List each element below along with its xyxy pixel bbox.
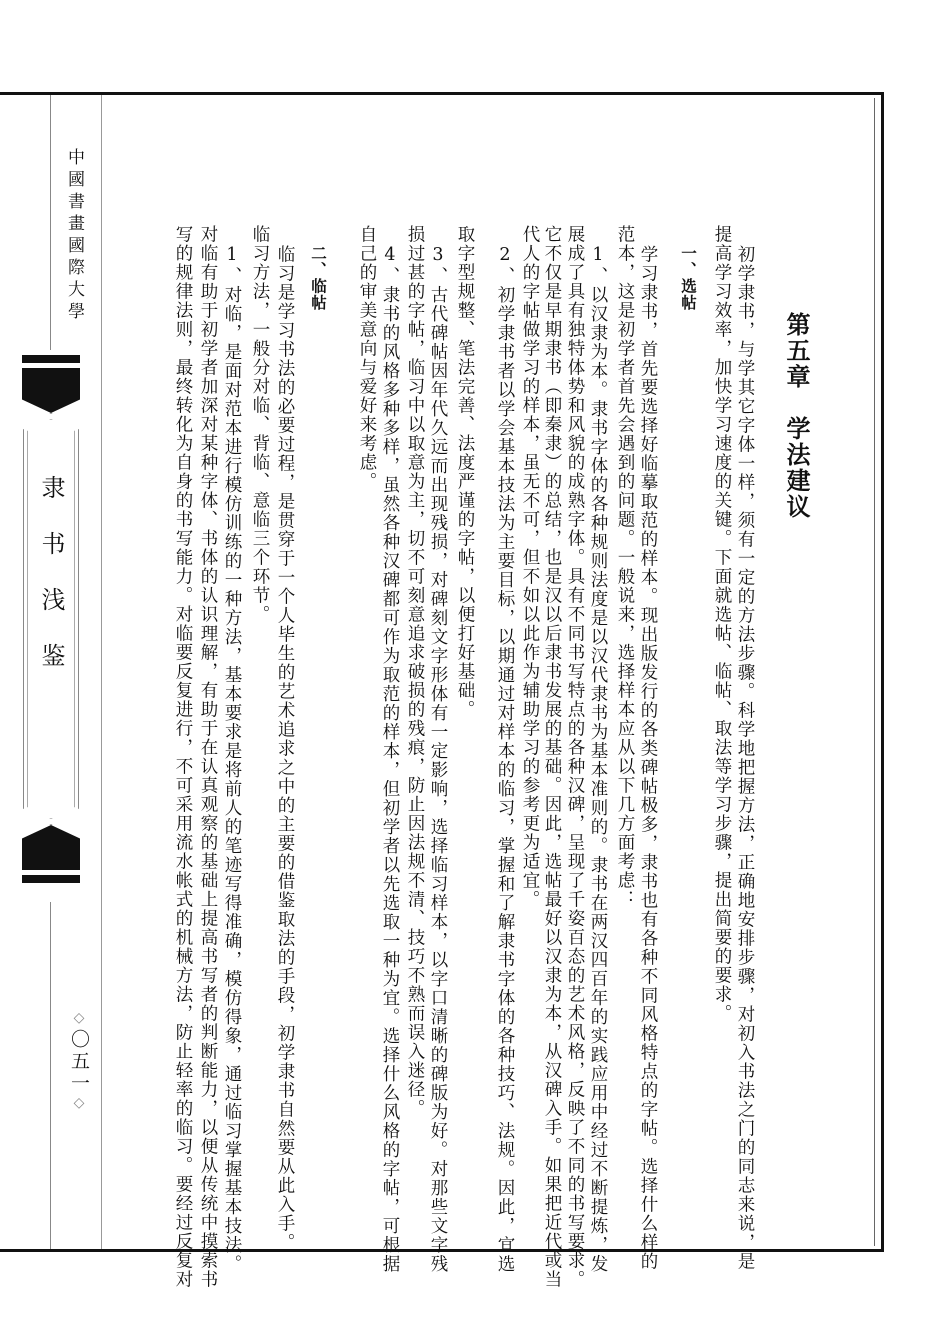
spine-chevron-top xyxy=(22,368,80,413)
margin-rule-left xyxy=(50,95,51,350)
text-column: 范本，这是初学者首先会遇到的问题。一般说来，选择样本应从以下几方面考虑： xyxy=(615,225,635,909)
text-column: 3、古代碑帖因年代久远而出现残损，对碑刻文字形体有一定影响，选择临习样本，以字口… xyxy=(428,245,448,1274)
text-column: 代人的字帖做学习的样本，虽无不可，但不如以此作为辅助学习的参考更为适宜。 xyxy=(520,225,540,909)
text-column: 1、以汉隶为本。隶书字体的各种规则法度是以汉代隶书为基本准则的。隶书在两汉四百年… xyxy=(588,245,608,1274)
spine-bar-bottom xyxy=(22,875,80,883)
text-column: 临习是学习书法的必要过程，是贯穿于一个人毕生的艺术追求之中的主要的借鉴取法的手段… xyxy=(275,245,295,1252)
section-heading: 一、选帖 xyxy=(678,245,698,311)
chapter-title: 第五章 学法建议 xyxy=(786,312,806,520)
page-frame-inner-right xyxy=(874,98,875,1246)
school-name: 中國書畫國際大學 xyxy=(62,148,87,324)
text-column: 临习方法，一般分对临、背临、意临三个环节。 xyxy=(250,225,270,624)
text-column: 损过甚的字帖，临习中以取意为主，切不可刻意追求破损的残痕，防止因法规不清、技巧不… xyxy=(405,225,425,1118)
book-title: 隶书浅鉴 xyxy=(22,475,80,699)
text-column: 取字型规整、笔法完善、法度严谨的字帖，以便打好基础。 xyxy=(455,225,475,719)
text-column: 4、隶书的风格多种多样，虽然各种汉碑都可作为取范的样本，但初学者以先选取一种为宜… xyxy=(380,245,400,1274)
ornament-diamond-icon: ◇ xyxy=(71,1095,87,1114)
text-column: 2、初学隶书者以学会基本技法为主要目标，以期通过对样本的临习，掌握和了解隶书字体… xyxy=(495,245,515,1274)
page-frame-right xyxy=(881,92,884,1252)
text-column: 展成了具有独特体势和风貌的成熟字体。具有不同书写特点的各种汉碑，呈现了千姿百态的… xyxy=(565,225,585,1289)
text-column: 提高学习效率，加快学习速度的关键。下面就选帖、临帖、取法等学习步骤，提出简要的要… xyxy=(712,225,732,1023)
section-heading: 二、临帖 xyxy=(308,245,328,311)
text-column: 学习隶书，首先要选择好临摹取范的样本。现出版发行的各类碑帖极多，隶书也有各种不同… xyxy=(638,245,658,1271)
spine-bar-top xyxy=(22,355,80,363)
page-number: ◇〇五一◇ xyxy=(66,1010,93,1114)
text-column: 自己的审美意向与爱好来考虑。 xyxy=(357,225,377,491)
text-column: 写的规律法则，最终转化为自身的书写能力。对临要反复进行，不可采用流水帐式的机械方… xyxy=(173,225,193,1289)
text-column: 初学隶书，与学其它字体一样，须有一定的方法步骤。科学地把握方法，正确地安排步骤，… xyxy=(735,245,755,1271)
text-column: 对临有助于初学者加深对某种字体、书体的认识理解，有助于在认真观察的基础上提高书写… xyxy=(198,225,218,1289)
book-spine-label: 隶书浅鉴 xyxy=(22,355,80,885)
page-frame-top xyxy=(0,92,884,95)
text-column: 它不仅是早期隶书（即秦隶）的总结，也是汉以后隶书发展的基础。因此，选帖最好以汉隶… xyxy=(542,225,562,1289)
ornament-diamond-icon: ◇ xyxy=(71,1010,87,1029)
margin-rule-right xyxy=(101,95,102,1249)
spine-chevron-bottom xyxy=(22,825,80,870)
margin-rule-left-lower xyxy=(50,902,51,1249)
page-number-text: 〇五一 xyxy=(68,1029,90,1095)
text-column: 1、对临，是面对范本进行模仿训练的一种方法，基本要求是将前人的笔迹写得准确，模仿… xyxy=(222,245,242,1274)
